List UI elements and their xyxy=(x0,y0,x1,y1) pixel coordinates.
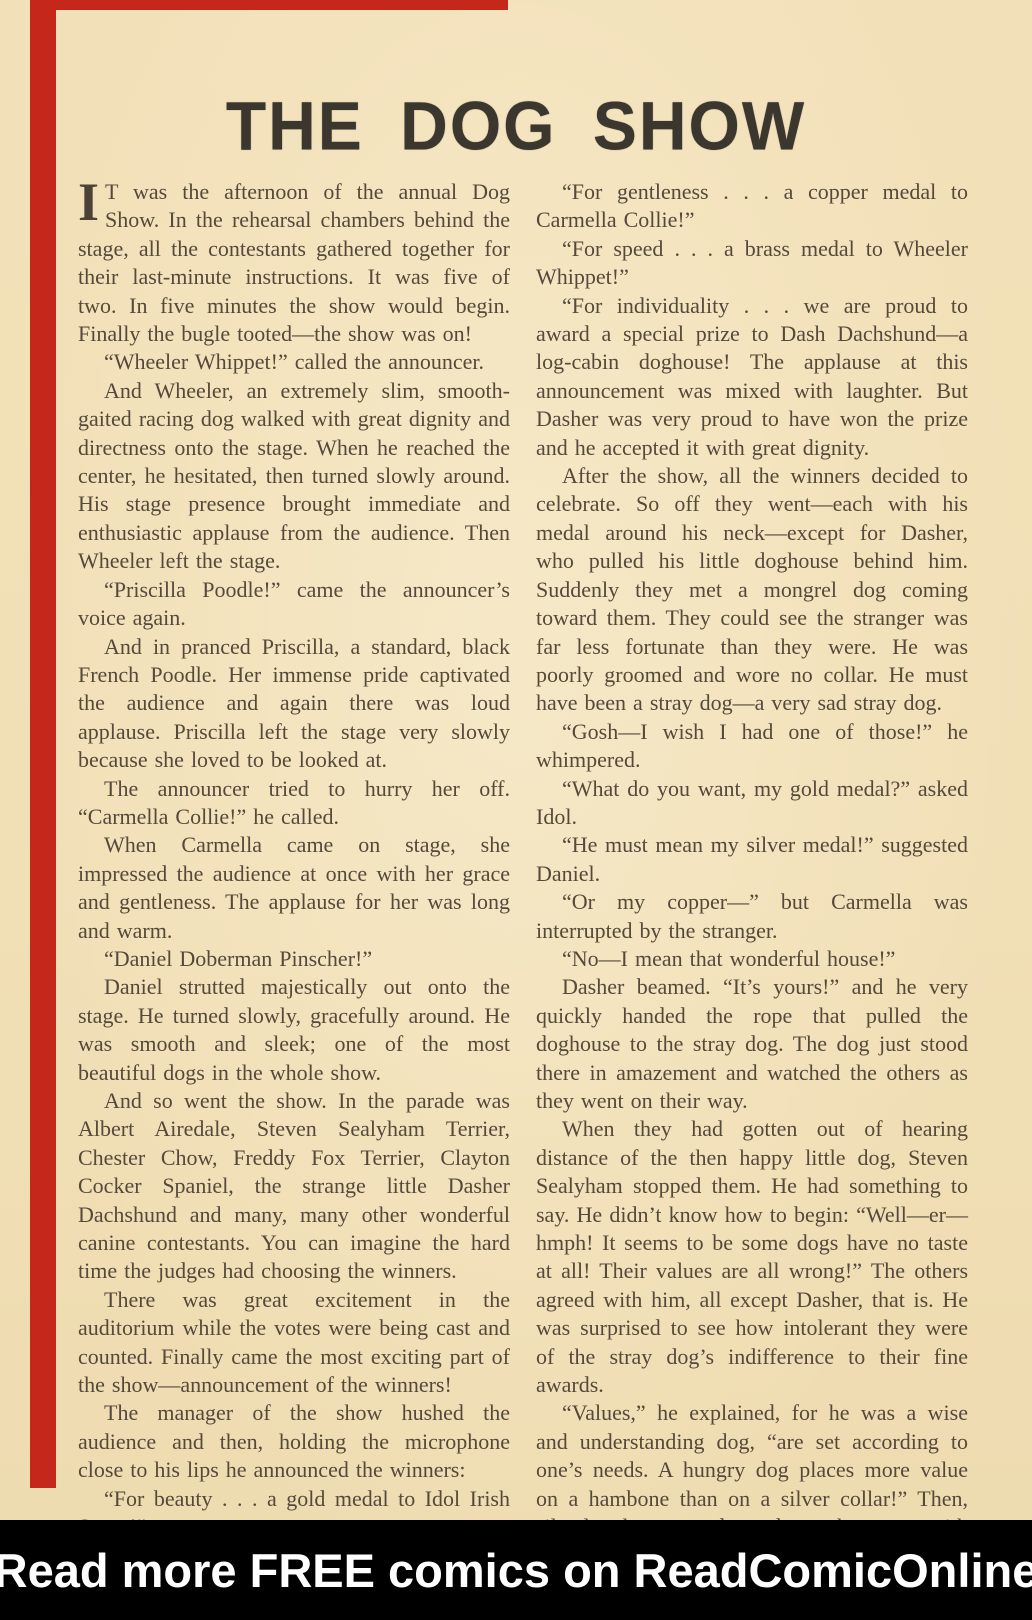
story-paragraph: The manager of the show hushed the audie… xyxy=(78,1399,510,1484)
story-paragraph: “He must mean my silver medal!” suggeste… xyxy=(536,831,968,888)
story-paragraph: “Priscilla Poodle!” came the announcer’s… xyxy=(78,576,510,633)
story-paragraph: And Wheeler, an extremely slim, smooth-g… xyxy=(78,377,510,576)
story-paragraph: IT was the afternoon of the annual Dog S… xyxy=(78,178,510,348)
story-paragraph: Dasher beamed. “It’s yours!” and he very… xyxy=(536,973,968,1115)
story-paragraph: There was great excitement in the audito… xyxy=(78,1286,510,1400)
right-column: “For gentleness . . . a copper medal to … xyxy=(536,178,968,1598)
story-paragraph: Daniel strutted majestically out onto th… xyxy=(78,973,510,1087)
story-title: THE DOG SHOW xyxy=(0,0,1032,165)
red-page-edge-left xyxy=(30,0,56,1488)
story-paragraph: “No—I mean that wonderful house!” xyxy=(536,945,968,973)
story-paragraph: “Wheeler Whippet!” called the announcer. xyxy=(78,348,510,376)
story-paragraph: And so went the show. In the parade was … xyxy=(78,1087,510,1286)
story-columns: IT was the afternoon of the annual Dog S… xyxy=(0,162,1032,1598)
story-paragraph: The announcer tried to hurry her off. “C… xyxy=(78,775,510,832)
left-column: IT was the afternoon of the annual Dog S… xyxy=(78,178,510,1598)
story-paragraph: When Carmella came on stage, she impress… xyxy=(78,831,510,945)
promo-banner-text: Read more FREE comics on ReadComicOnline xyxy=(0,1543,1032,1598)
story-paragraph: And in pranced Priscilla, a standard, bl… xyxy=(78,633,510,775)
story-paragraph: “For speed . . . a brass medal to Wheele… xyxy=(536,235,968,292)
story-paragraph: When they had gotten out of hearing dist… xyxy=(536,1115,968,1399)
story-paragraph: “For gentleness . . . a copper medal to … xyxy=(536,178,968,235)
story-paragraph: “Daniel Doberman Pinscher!” xyxy=(78,945,510,973)
story-paragraph: “Gosh—I wish I had one of those!” he whi… xyxy=(536,718,968,775)
story-paragraph: After the show, all the winners decided … xyxy=(536,462,968,718)
story-paragraph: “For individuality . . . we are proud to… xyxy=(536,292,968,462)
story-paragraph: “What do you want, my gold medal?” asked… xyxy=(536,775,968,832)
story-paragraph: “Or my copper—” but Carmella was interru… xyxy=(536,888,968,945)
comic-page: THE DOG SHOW IT was the afternoon of the… xyxy=(0,0,1032,1620)
drop-cap: I xyxy=(78,178,105,224)
promo-banner[interactable]: Read more FREE comics on ReadComicOnline xyxy=(0,1520,1032,1620)
